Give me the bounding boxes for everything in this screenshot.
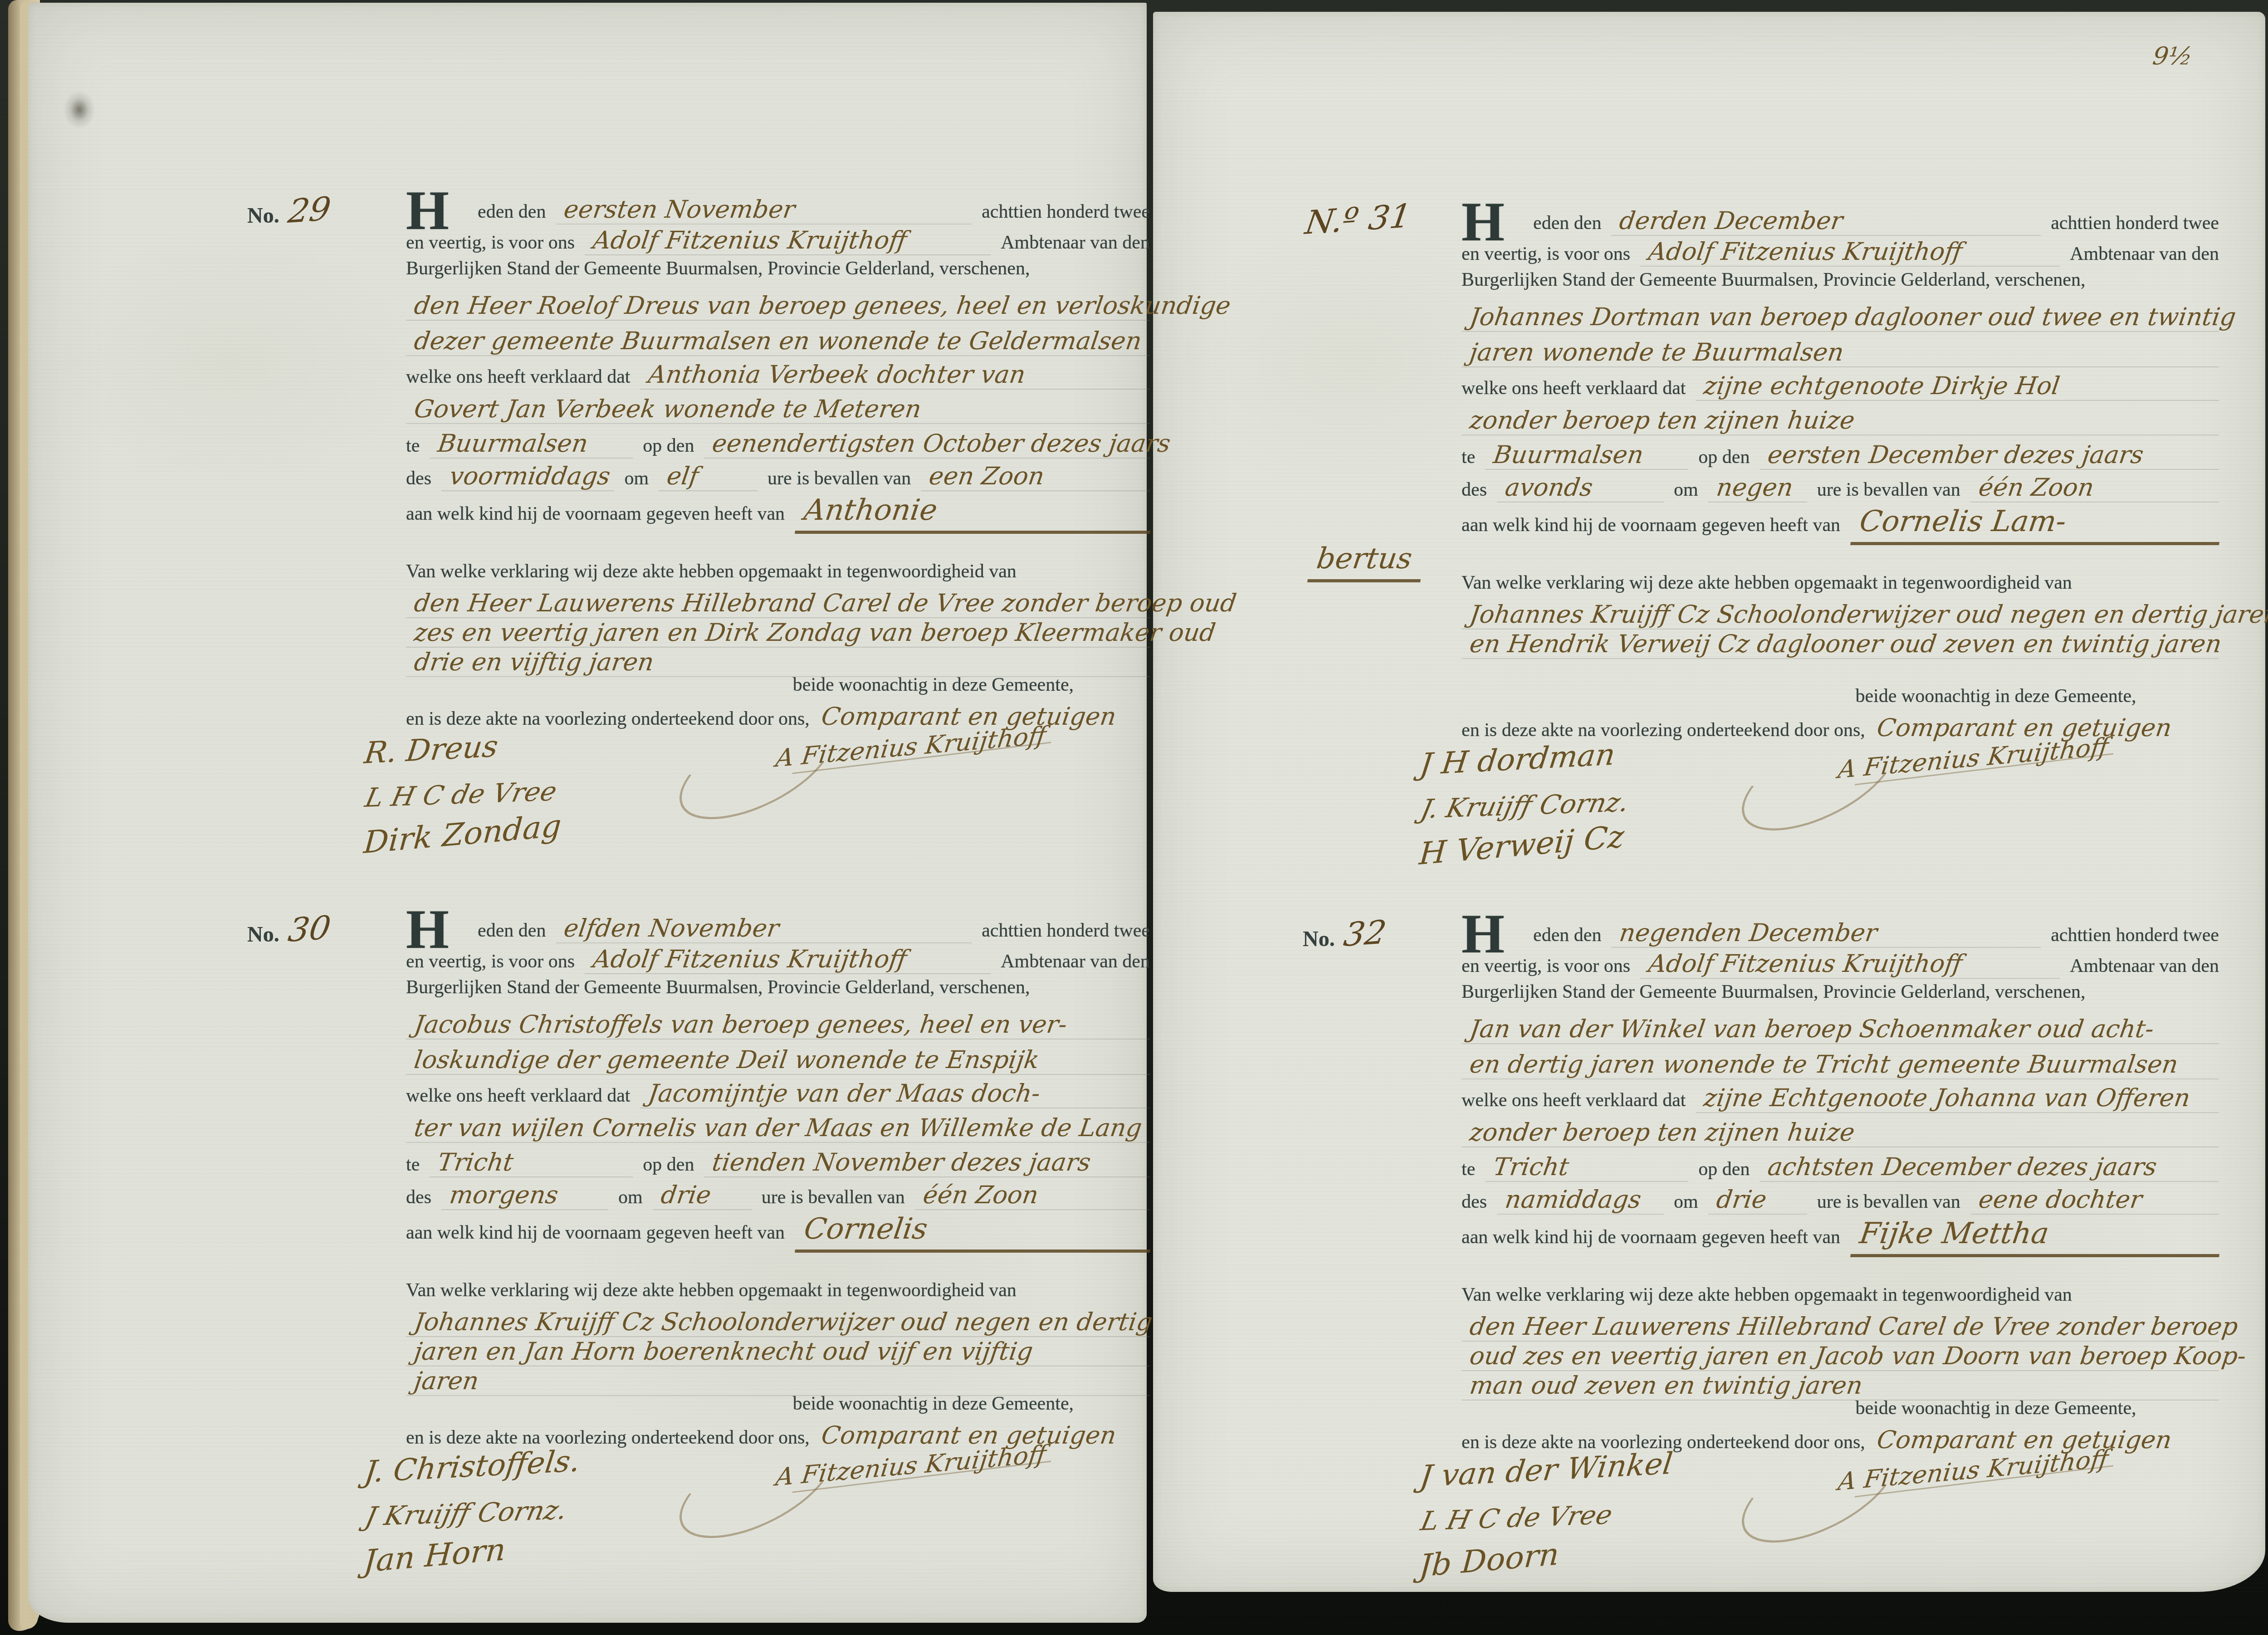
birth-record-entry-30: No.30 H eden denelfden Novemberachttien …: [247, 914, 1150, 1624]
declared-person: zijne echtgenoote Dirkje Hol: [1696, 371, 2223, 401]
entry-number-prefix: No.: [247, 203, 279, 228]
printed-text: eden den: [478, 920, 546, 942]
date-line: eden deneersten Novemberachttien honderd…: [406, 195, 1150, 225]
printed-text: des: [1461, 479, 1487, 501]
birth-place: Buurmalsen: [1485, 440, 1692, 470]
signature-column: J H dordmanJ. Kruijff Cornz.H Verweij Cz: [1418, 747, 1623, 872]
printed-text: om: [1674, 1191, 1698, 1213]
entry-body: H eden deneersten Novemberachttien honde…: [406, 195, 1150, 905]
declarant-text: dezer gemeente Buurmalsen en wonende te …: [406, 327, 1154, 356]
child-name: Cornelis: [795, 1212, 1155, 1253]
declaration-line: welke ons heeft verklaard datJacomijntje…: [406, 1079, 1150, 1108]
parent-text: Govert Jan Verbeek wonende te Meteren: [406, 395, 1154, 424]
officer-line: en veertig, is voor onsAdolf Fitzenius K…: [1461, 949, 2219, 979]
witness-text: den Heer Lauwerens Hillebrand Carel de V…: [1461, 1312, 2223, 1342]
residence-line: beide woonachtig in deze Gemeente,: [793, 1393, 1150, 1415]
witness-line-1: den Heer Lauwerens Hillebrand Carel de V…: [406, 589, 1150, 618]
declaration-line: welke ons heeft verklaard datAnthonia Ve…: [406, 360, 1150, 390]
entry-body: H eden denderden Decemberachttien honder…: [1461, 206, 2219, 916]
record-date: eersten November: [556, 195, 976, 225]
printed-text: des: [406, 1186, 431, 1208]
printed-text: Van welke verklaring wij deze akte hebbe…: [1461, 1284, 2072, 1306]
declarant-text: en dertig jaren wonende te Tricht gemeen…: [1461, 1050, 2223, 1079]
declarant-text: den Heer Roelof Dreus van beroep genees,…: [406, 291, 1154, 321]
declaration-line: welke ons heeft verklaard datzijne echtg…: [1461, 371, 2219, 401]
entry-number-value: 29: [286, 190, 333, 230]
printed-text: Burgerlijken Stand der Gemeente Buurmals…: [1461, 981, 2085, 1003]
witness-text: zes en veertig jaren en Dirk Zondag van …: [406, 618, 1154, 648]
signature: Jan Horn: [362, 1525, 581, 1580]
printed-text: Van welke verklaring wij deze akte hebbe…: [1461, 572, 2072, 594]
record-date: elfden November: [556, 914, 976, 943]
witness-text: oud zes en veertig jaren en Jacob van Do…: [1461, 1342, 2223, 1371]
time-line: desmorgensomdrieure is bevallen vanéén Z…: [406, 1181, 1150, 1210]
declarant-line-1: Jacobus Christoffels van beroep genees, …: [406, 1010, 1150, 1040]
printed-text: op den: [1698, 446, 1750, 468]
declarant-text: jaren wonende te Buurmalsen: [1461, 338, 2223, 367]
witness-line-2: zes en veertig jaren en Dirk Zondag van …: [406, 618, 1150, 648]
ink-blot: [64, 91, 95, 129]
child-name: Cornelis Lam-: [1850, 505, 2224, 545]
witness-intro-line: Van welke verklaring wij deze akte hebbe…: [1461, 572, 2219, 594]
signature: Jb Doorn: [1418, 1527, 1673, 1584]
printed-text: Van welke verklaring wij deze akte hebbe…: [406, 561, 1017, 582]
declarant-line-2: en dertig jaren wonende te Tricht gemeen…: [1461, 1050, 2219, 1079]
signature: J Kruijff Cornz.: [362, 1494, 584, 1532]
entry-number-value: 30: [286, 908, 333, 949]
signature: J. Kruijff Cornz.: [1418, 786, 1632, 825]
signature: J van der Winkel: [1418, 1446, 1675, 1494]
printed-text: en is deze akte na voorlezing onderteeke…: [406, 708, 810, 730]
signature: R. Dreus: [362, 726, 564, 771]
witness-intro-line: Van welke verklaring wij deze akte hebbe…: [406, 561, 1150, 582]
witness-line-3: jaren: [406, 1367, 1150, 1396]
residence-line: beide woonachtig in deze Gemeente,: [793, 674, 1150, 696]
printed-text: te: [1461, 446, 1475, 468]
birth-date: tienden November dezes jaars: [704, 1148, 1154, 1177]
printed-text: en veertig, is voor ons: [1461, 955, 1630, 977]
signature-column: J. Christoffels.J Kruijff Cornz.Jan Horn: [362, 1454, 576, 1580]
child-name-continued: bertus: [1307, 542, 1426, 582]
place-date-line: teBuurmalsenop deneersten December dezes…: [1461, 440, 2219, 470]
entry-body: H eden denelfden Novemberachttien honder…: [406, 914, 1150, 1624]
residence-line: beide woonachtig in deze Gemeente,: [1855, 1397, 2219, 1419]
declarant-line-2: loskundige der gemeente Deil wonende te …: [406, 1045, 1150, 1075]
printed-text: om: [618, 1186, 643, 1208]
printed-text: om: [624, 468, 649, 489]
printed-text: ure is bevallen van: [1817, 1191, 1960, 1213]
date-line: eden denelfden Novemberachttien honderd …: [406, 914, 1150, 943]
printed-text: achttien honderd twee: [2051, 212, 2219, 234]
entry-number: No.30: [247, 911, 397, 949]
entry-number-prefix: No.: [247, 922, 279, 947]
printed-text: beide woonachtig in deze Gemeente,: [793, 674, 1074, 696]
birth-date: eenendertigsten October dezes jaars: [704, 429, 1154, 459]
printed-text: op den: [643, 435, 694, 457]
entry-number-prefix: No.: [1303, 927, 1335, 952]
name-line: aan welk kind hij de voornaam gegeven he…: [406, 493, 1150, 534]
printed-text: te: [406, 1154, 420, 1176]
printed-text: Burgerlijken Stand der Gemeente Buurmals…: [1461, 269, 2085, 291]
printed-text: des: [1461, 1191, 1487, 1213]
entry-number: N.º 31: [1303, 204, 1452, 242]
printed-text: eden den: [1533, 212, 1601, 234]
birth-record-entry-29: No.29 H eden deneersten Novemberachttien…: [247, 195, 1150, 905]
entry-number-value: N.º 31: [1303, 196, 1413, 242]
child-sex: een Zoon: [921, 462, 1154, 491]
printed-text: welke ons heeft verklaard dat: [1461, 377, 1686, 399]
place-date-line: teTrichtop dentienden November dezes jaa…: [406, 1148, 1150, 1177]
declarant-line-2: jaren wonende te Buurmalsen: [1461, 338, 2219, 367]
printed-text: beide woonachtig in deze Gemeente,: [1855, 685, 2136, 707]
declarant-text: loskundige der gemeente Deil wonende te …: [406, 1045, 1154, 1075]
parent-line: Govert Jan Verbeek wonende te Meteren: [406, 395, 1150, 424]
birth-record-entry-31: N.º 31 H eden denderden Decemberachttien…: [1303, 206, 2219, 916]
declarant-text: Jacobus Christoffels van beroep genees, …: [406, 1010, 1154, 1040]
signature: J. Christoffels.: [362, 1443, 582, 1489]
declared-person: Anthonia Verbeek dochter van: [640, 360, 1154, 390]
witness-text: Johannes Kruijff Cz Schoolonderwijzer ou…: [1461, 600, 2223, 630]
child-sex: eene dochter: [1970, 1185, 2223, 1215]
parent-line: zonder beroep ten zijnen huize: [1461, 406, 2219, 435]
witness-text: drie en vijftig jaren: [406, 648, 1154, 677]
municipality-line: Burgerlijken Stand der Gemeente Buurmals…: [406, 258, 1150, 279]
printed-text: te: [406, 435, 420, 457]
witness-text: jaren en Jan Horn boerenknecht oud vijf …: [406, 1337, 1154, 1367]
printed-text: Ambtenaar van den: [1001, 951, 1150, 972]
witness-line-2: oud zes en veertig jaren en Jacob van Do…: [1461, 1342, 2219, 1371]
birth-hour: negen: [1708, 473, 1811, 503]
printed-text: achttien honderd twee: [982, 920, 1150, 942]
birth-place: Tricht: [430, 1148, 637, 1177]
day-part: namiddags: [1497, 1185, 1668, 1215]
time-line: desnamiddagsomdrieure is bevallen vaneen…: [1461, 1185, 2219, 1215]
declarant-text: Johannes Dortman van beroep daglooner ou…: [1461, 303, 2223, 332]
witness-intro-line: Van welke verklaring wij deze akte hebbe…: [1461, 1284, 2219, 1306]
officer-name: Adolf Fitzenius Kruijthoff: [585, 945, 995, 974]
witness-text: en Hendrik Verweij Cz daglooner oud zeve…: [1461, 630, 2223, 659]
child-name: Fijke Mettha: [1850, 1217, 2224, 1257]
name-line: aan welk kind hij de voornaam gegeven he…: [406, 1212, 1150, 1253]
witness-line-1: den Heer Lauwerens Hillebrand Carel de V…: [1461, 1312, 2219, 1342]
officer-name: Adolf Fitzenius Kruijthoff: [585, 226, 995, 255]
name-line: aan welk kind hij de voornaam gegeven he…: [1461, 1217, 2219, 1257]
birth-date: achtsten December dezes jaars: [1760, 1152, 2223, 1182]
signature: J H dordman: [1418, 736, 1630, 782]
birth-place: Tricht: [1485, 1152, 1692, 1182]
witness-line-2: en Hendrik Verweij Cz daglooner oud zeve…: [1461, 630, 2219, 659]
place-date-line: teBuurmalsenop deneenendertigsten Octobe…: [406, 429, 1150, 459]
printed-text: Van welke verklaring wij deze akte hebbe…: [406, 1279, 1017, 1301]
time-line: desavondsomnegenure is bevallen vanéén Z…: [1461, 473, 2219, 503]
declaration-line: welke ons heeft verklaard datzijne Echtg…: [1461, 1083, 2219, 1113]
birth-date: eersten December dezes jaars: [1760, 440, 2223, 470]
entry-number-value: 32: [1341, 913, 1389, 954]
birth-hour: elf: [659, 462, 762, 491]
child-sex: één Zoon: [915, 1181, 1154, 1210]
printed-text: des: [406, 468, 431, 489]
signature: Dirk Zondag: [362, 808, 562, 861]
printed-text: beide woonachtig in deze Gemeente,: [1855, 1397, 2136, 1419]
printed-text: aan welk kind hij de voornaam gegeven he…: [1461, 1226, 1840, 1248]
declarant-text: Jan van der Winkel van beroep Schoenmake…: [1461, 1015, 2223, 1044]
place-date-line: teTrichtop denachtsten December dezes ja…: [1461, 1152, 2219, 1182]
printed-text: welke ons heeft verklaard dat: [406, 1085, 630, 1107]
witness-line-1: Johannes Kruijff Cz Schoolonderwijzer ou…: [406, 1308, 1150, 1337]
declarant-line-1: Jan van der Winkel van beroep Schoenmake…: [1461, 1015, 2219, 1044]
officer-name: Adolf Fitzenius Kruijthoff: [1640, 949, 2064, 979]
printed-text: beide woonachtig in deze Gemeente,: [793, 1393, 1074, 1415]
signature: H Verweij Cz: [1418, 819, 1628, 872]
printed-text: op den: [1698, 1158, 1750, 1180]
time-line: desvoormiddagsomelfure is bevallen vanee…: [406, 462, 1150, 491]
printed-text: ure is bevallen van: [767, 468, 911, 489]
witness-text: man oud zeven en twintig jaren: [1461, 1371, 2223, 1401]
printed-text: en veertig, is voor ons: [406, 951, 575, 972]
printed-text: Ambtenaar van den: [1001, 232, 1150, 254]
witness-text: jaren: [406, 1367, 1154, 1396]
printed-text: welke ons heeft verklaard dat: [1461, 1089, 1686, 1111]
printed-text: op den: [643, 1154, 694, 1176]
folio-number: 9½: [2151, 42, 2195, 70]
witness-text: Johannes Kruijff Cz Schoolonderwijzer ou…: [406, 1308, 1154, 1337]
witness-intro-line: Van welke verklaring wij deze akte hebbe…: [406, 1279, 1150, 1301]
municipality-line: Burgerlijken Stand der Gemeente Buurmals…: [1461, 269, 2219, 291]
officer-name: Adolf Fitzenius Kruijthoff: [1640, 237, 2064, 267]
parent-line: zonder beroep ten zijnen huize: [1461, 1118, 2219, 1147]
municipality-line: Burgerlijken Stand der Gemeente Buurmals…: [406, 976, 1150, 998]
birth-hour: drie: [653, 1181, 756, 1210]
witness-line-2: jaren en Jan Horn boerenknecht oud vijf …: [406, 1337, 1150, 1367]
parent-text: zonder beroep ten zijnen huize: [1461, 1118, 2223, 1147]
printed-text: ure is bevallen van: [1817, 479, 1960, 501]
witness-text: den Heer Lauwerens Hillebrand Carel de V…: [406, 589, 1154, 618]
printed-text: te: [1461, 1158, 1475, 1180]
declarant-line-1: Johannes Dortman van beroep daglooner ou…: [1461, 303, 2219, 332]
signature-column: J van der WinkelL H C de VreeJb Doorn: [1418, 1459, 1668, 1584]
officer-line: en veertig, is voor onsAdolf Fitzenius K…: [406, 226, 1150, 255]
officer-line: en veertig, is voor onsAdolf Fitzenius K…: [1461, 237, 2219, 267]
day-part: morgens: [441, 1181, 612, 1210]
name-line: aan welk kind hij de voornaam gegeven he…: [1461, 505, 2219, 545]
date-line: eden dennegenden Decemberachttien honder…: [1461, 918, 2219, 948]
record-date: negenden December: [1611, 918, 2045, 948]
entry-number: No.29: [247, 192, 397, 230]
register-book-spread: 9½ No.29 H eden deneersten Novemberachtt…: [0, 0, 2268, 1635]
name-line-2: bertus: [1307, 542, 1420, 582]
printed-text: Burgerlijken Stand der Gemeente Buurmals…: [406, 258, 1030, 279]
printed-text: en veertig, is voor ons: [1461, 243, 1630, 265]
printed-text: en veertig, is voor ons: [406, 232, 575, 254]
printed-text: en is deze akte na voorlezing onderteeke…: [406, 1427, 810, 1449]
parent-text: ter van wijlen Cornelis van der Maas en …: [406, 1113, 1154, 1143]
printed-text: eden den: [478, 201, 546, 223]
witness-line-1: Johannes Kruijff Cz Schoolonderwijzer ou…: [1461, 600, 2219, 630]
day-part: voormiddags: [441, 462, 619, 491]
printed-text: om: [1674, 479, 1698, 501]
entry-body: H eden dennegenden Decemberachttien hond…: [1461, 918, 2219, 1628]
printed-text: Ambtenaar van den: [2070, 243, 2219, 265]
declarant-line-1: den Heer Roelof Dreus van beroep genees,…: [406, 291, 1150, 321]
printed-text: aan welk kind hij de voornaam gegeven he…: [406, 503, 785, 525]
witness-line-3: man oud zeven en twintig jaren: [1461, 1371, 2219, 1401]
printed-text: Burgerlijken Stand der Gemeente Buurmals…: [406, 976, 1030, 998]
birth-place: Buurmalsen: [430, 429, 637, 459]
printed-text: aan welk kind hij de voornaam gegeven he…: [1461, 514, 1840, 536]
signature: L H C de Vree: [362, 776, 566, 813]
municipality-line: Burgerlijken Stand der Gemeente Buurmals…: [1461, 981, 2219, 1003]
birth-hour: drie: [1708, 1185, 1811, 1215]
printed-text: Ambtenaar van den: [2070, 955, 2219, 977]
day-part: avonds: [1497, 473, 1668, 503]
date-line: eden denderden Decemberachttien honderd …: [1461, 206, 2219, 236]
residence-line: beide woonachtig in deze Gemeente,: [1855, 685, 2219, 707]
entry-number: No.32: [1303, 916, 1452, 954]
child-sex: één Zoon: [1970, 473, 2223, 503]
printed-text: aan welk kind hij de voornaam gegeven he…: [406, 1222, 785, 1244]
printed-text: eden den: [1533, 924, 1601, 946]
parent-line: ter van wijlen Cornelis van der Maas en …: [406, 1113, 1150, 1143]
printed-text: ure is bevallen van: [762, 1186, 905, 1208]
declared-person: zijne Echtgenoote Johanna van Offeren: [1696, 1083, 2223, 1113]
printed-text: achttien honderd twee: [982, 201, 1150, 223]
birth-record-entry-32: No.32 H eden dennegenden Decemberachttie…: [1303, 918, 2219, 1628]
printed-text: achttien honderd twee: [2051, 924, 2219, 946]
parent-text: zonder beroep ten zijnen huize: [1461, 406, 2223, 435]
record-date: derden December: [1611, 206, 2045, 236]
witness-line-3: drie en vijftig jaren: [406, 648, 1150, 677]
signature-column: R. DreusL H C de VreeDirk Zondag: [362, 736, 558, 861]
declarant-line-2: dezer gemeente Buurmalsen en wonende te …: [406, 327, 1150, 356]
child-name: Anthonie: [795, 493, 1155, 534]
officer-line: en veertig, is voor onsAdolf Fitzenius K…: [406, 945, 1150, 974]
printed-text: welke ons heeft verklaard dat: [406, 366, 630, 388]
declared-person: Jacomijntje van der Maas doch-: [640, 1079, 1154, 1108]
printed-text: en is deze akte na voorlezing onderteeke…: [1461, 719, 1865, 741]
